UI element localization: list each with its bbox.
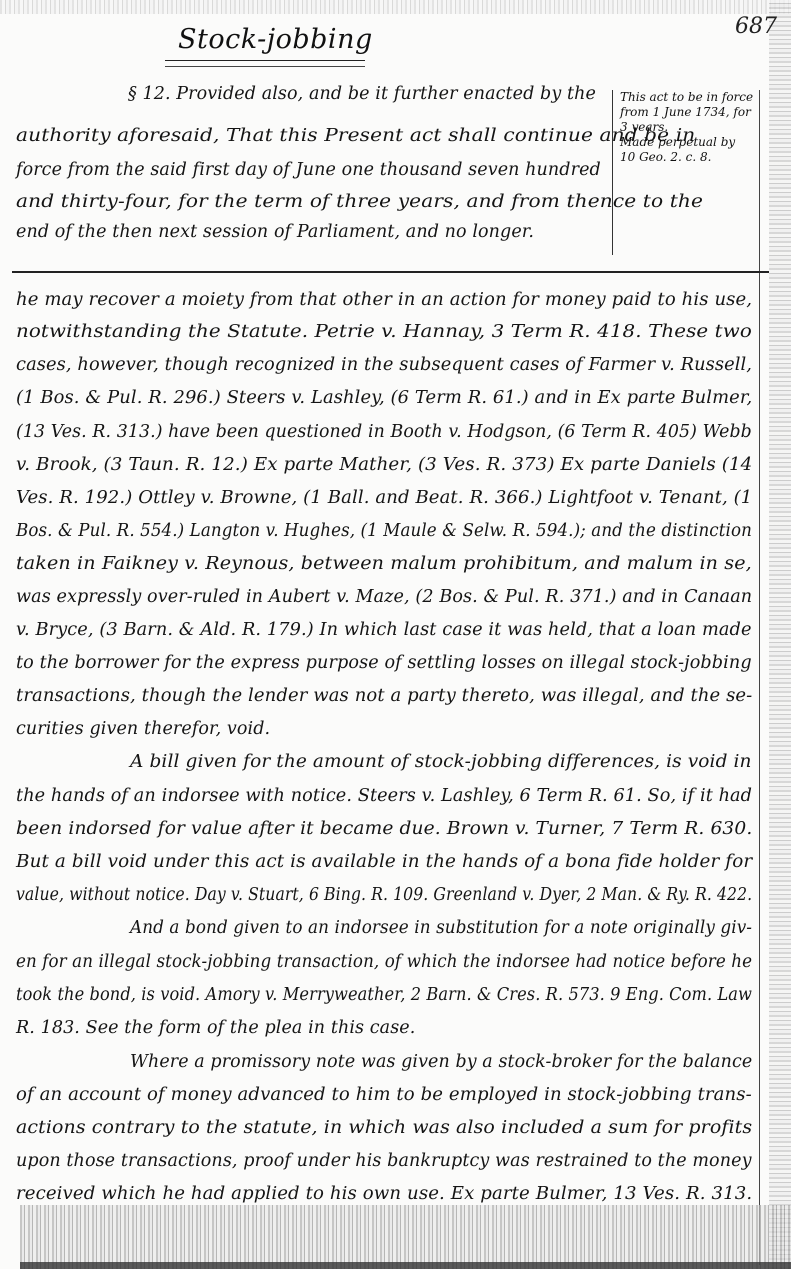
margin-note-rule [612,90,613,255]
commentary-line: transactions, though the lender was not … [16,686,752,706]
statute-line: and thirty-four, for the term of three y… [16,192,703,212]
margin-note: This act to be in force from 1 June 1734… [620,90,760,165]
commentary-line: cases, however, though recognized in the… [16,355,752,375]
commentary-line: v. Bryce, (3 Barn. & Ald. R. 179.) In wh… [16,620,752,640]
commentary-line: Bos. & Pul. R. 554.) Langton v. Hughes, … [16,521,752,541]
scan-noise-bottom [20,1205,791,1269]
commentary-line: notwithstanding the Statute. Petrie v. H… [16,322,752,342]
manuscript-page: 687 Stock-jobbing § 12. Provided also, a… [0,0,791,1269]
right-margin-rule [759,90,760,1265]
commentary-line: he may recover a moiety from that other … [16,290,752,310]
commentary-line: taken in Faikney v. Reynous, between mal… [16,554,752,574]
commentary-line: v. Brook, (3 Taun. R. 12.) Ex parte Math… [16,455,752,475]
margin-note-line: 10 Geo. 2. c. 8. [620,150,760,165]
commentary-line: (1 Bos. & Pul. R. 296.) Steers v. Lashle… [16,388,752,408]
commentary-line: (13 Ves. R. 313.) have been questioned i… [16,422,752,442]
paragraph-line: of an account of money advanced to him t… [16,1085,752,1105]
margin-note-line: 3 years. [620,120,760,135]
paragraph-line: received which he had applied to his own… [16,1184,752,1204]
scan-noise-top [0,0,791,14]
scan-noise-right-edge [769,0,791,1269]
statute-line: force from the said first day of June on… [16,160,601,180]
scan-bottom-edge [20,1262,791,1269]
paragraph-line: actions contrary to the statute, in whic… [16,1118,752,1138]
page-number: 687 [735,14,777,39]
commentary-line: was expressly over-ruled in Aubert v. Ma… [16,587,752,607]
commentary-line: Ves. R. 192.) Ottley v. Browne, (1 Ball.… [16,488,752,508]
paragraph-line: A bill given for the amount of stock-job… [130,752,752,772]
commentary-line: to the borrower for the express purpose … [16,653,752,673]
margin-note-line: from 1 June 1734, for [620,105,760,120]
paragraph-line: upon those transactions, proof under his… [16,1151,752,1171]
paragraph-line: Where a promissory note was given by a s… [130,1052,752,1072]
paragraph-line: been indorsed for value after it became … [16,819,752,839]
paragraph-line: R. 183. See the form of the plea in this… [16,1018,415,1038]
paragraph-line: And a bond given to an indorsee in subst… [130,918,752,938]
paragraph-line: en for an illegal stock-jobbing transact… [16,952,752,972]
statute-line: § 12. Provided also, and be it further e… [128,84,596,104]
margin-note-line: Made perpetual by [620,135,760,150]
margin-note-line: This act to be in force [620,90,760,105]
statute-line: end of the then next session of Parliame… [16,222,534,242]
statute-line: authority aforesaid, That this Present a… [16,126,695,146]
paragraph-line: the hands of an indorsee with notice. St… [16,786,752,806]
paragraph-line: value, without notice. Day v. Stuart, 6 … [16,885,752,905]
page-title: Stock-jobbing [178,24,373,55]
paragraph-line: But a bill void under this act is availa… [16,852,752,872]
paragraph-line: took the bond, is void. Amory v. Merrywe… [16,985,752,1005]
section-divider-rule [12,271,769,273]
title-underline [165,60,365,67]
commentary-line: curities given therefor, void. [16,719,270,739]
